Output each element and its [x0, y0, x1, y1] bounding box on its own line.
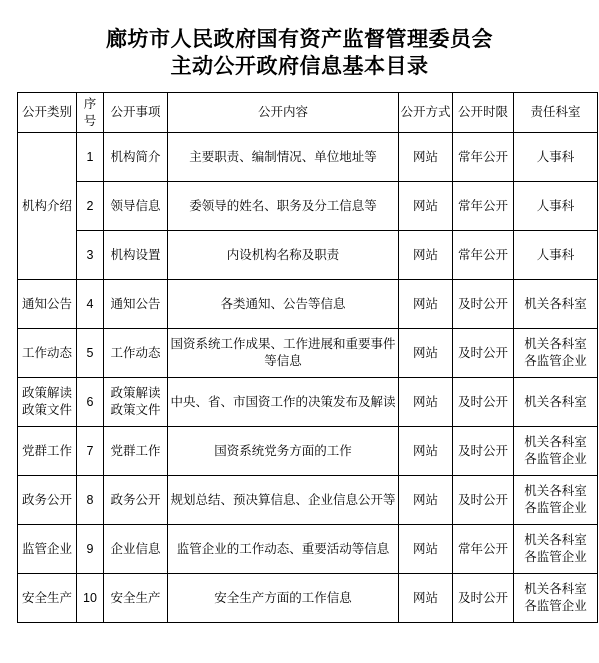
cell-method: 网站: [399, 280, 453, 329]
cell-serial: 2: [77, 182, 104, 231]
cell-department: 机关各科室: [514, 280, 598, 329]
cell-content: 国资系统党务方面的工作: [168, 427, 399, 476]
table-row: 监管企业9企业信息监管企业的工作动态、重要活动等信息网站常年公开机关各科室 各监…: [18, 525, 598, 574]
col-header-method: 公开方式: [399, 93, 453, 133]
document-page: 廊坊市人民政府国有资产监督管理委员会 主动公开政府信息基本目录 公开类别 序号 …: [0, 0, 599, 663]
cell-item: 通知公告: [104, 280, 168, 329]
cell-deadline: 及时公开: [453, 574, 514, 623]
header-row: 公开类别 序号 公开事项 公开内容 公开方式 公开时限 责任科室: [18, 93, 598, 133]
cell-category: 政策解读 政策文件: [18, 378, 77, 427]
col-header-category: 公开类别: [18, 93, 77, 133]
page-title: 廊坊市人民政府国有资产监督管理委员会 主动公开政府信息基本目录: [0, 26, 599, 80]
cell-item: 机构简介: [104, 133, 168, 182]
cell-department: 机关各科室: [514, 378, 598, 427]
cell-category: 通知公告: [18, 280, 77, 329]
cell-item: 企业信息: [104, 525, 168, 574]
cell-content: 中央、省、市国资工作的决策发布及解读: [168, 378, 399, 427]
col-header-department: 责任科室: [514, 93, 598, 133]
cell-deadline: 常年公开: [453, 231, 514, 280]
cell-serial: 4: [77, 280, 104, 329]
cell-item: 政策解读 政策文件: [104, 378, 168, 427]
cell-serial: 1: [77, 133, 104, 182]
cell-method: 网站: [399, 476, 453, 525]
table-body: 机构介绍1机构简介主要职责、编制情况、单位地址等网站常年公开人事科2领导信息委领…: [18, 133, 598, 623]
cell-deadline: 常年公开: [453, 182, 514, 231]
cell-method: 网站: [399, 574, 453, 623]
cell-serial: 3: [77, 231, 104, 280]
cell-serial: 9: [77, 525, 104, 574]
cell-content: 国资系统工作成果、工作进展和重要事件 等信息: [168, 329, 399, 378]
cell-department: 人事科: [514, 133, 598, 182]
col-header-item: 公开事项: [104, 93, 168, 133]
cell-content: 内设机构名称及职责: [168, 231, 399, 280]
cell-item: 机构设置: [104, 231, 168, 280]
cell-item: 工作动态: [104, 329, 168, 378]
table-row: 安全生产10安全生产安全生产方面的工作信息网站及时公开机关各科室 各监管企业: [18, 574, 598, 623]
table-header: 公开类别 序号 公开事项 公开内容 公开方式 公开时限 责任科室: [18, 93, 598, 133]
cell-method: 网站: [399, 525, 453, 574]
cell-category: 安全生产: [18, 574, 77, 623]
table-row: 工作动态5工作动态国资系统工作成果、工作进展和重要事件 等信息网站及时公开机关各…: [18, 329, 598, 378]
cell-item: 党群工作: [104, 427, 168, 476]
cell-serial: 8: [77, 476, 104, 525]
col-header-serial: 序号: [77, 93, 104, 133]
cell-deadline: 及时公开: [453, 427, 514, 476]
cell-serial: 5: [77, 329, 104, 378]
cell-department: 机关各科室 各监管企业: [514, 427, 598, 476]
cell-department: 机关各科室 各监管企业: [514, 525, 598, 574]
table-row: 通知公告4通知公告各类通知、公告等信息网站及时公开机关各科室: [18, 280, 598, 329]
cell-serial: 7: [77, 427, 104, 476]
cell-deadline: 及时公开: [453, 280, 514, 329]
table-row: 3机构设置内设机构名称及职责网站常年公开人事科: [18, 231, 598, 280]
col-header-deadline: 公开时限: [453, 93, 514, 133]
info-catalog-table: 公开类别 序号 公开事项 公开内容 公开方式 公开时限 责任科室 机构介绍1机构…: [17, 92, 598, 623]
cell-item: 政务公开: [104, 476, 168, 525]
cell-content: 委领导的姓名、职务及分工信息等: [168, 182, 399, 231]
cell-category: 政务公开: [18, 476, 77, 525]
cell-department: 机关各科室 各监管企业: [514, 574, 598, 623]
cell-content: 主要职责、编制情况、单位地址等: [168, 133, 399, 182]
cell-department: 人事科: [514, 182, 598, 231]
table-row: 2领导信息委领导的姓名、职务及分工信息等网站常年公开人事科: [18, 182, 598, 231]
cell-deadline: 及时公开: [453, 476, 514, 525]
cell-item: 安全生产: [104, 574, 168, 623]
cell-serial: 10: [77, 574, 104, 623]
table-row: 机构介绍1机构简介主要职责、编制情况、单位地址等网站常年公开人事科: [18, 133, 598, 182]
cell-category: 机构介绍: [18, 133, 77, 280]
cell-department: 机关各科室 各监管企业: [514, 329, 598, 378]
table-row: 政策解读 政策文件6政策解读 政策文件中央、省、市国资工作的决策发布及解读网站及…: [18, 378, 598, 427]
cell-method: 网站: [399, 182, 453, 231]
cell-method: 网站: [399, 329, 453, 378]
table-row: 党群工作7党群工作国资系统党务方面的工作网站及时公开机关各科室 各监管企业: [18, 427, 598, 476]
cell-deadline: 及时公开: [453, 329, 514, 378]
cell-department: 机关各科室 各监管企业: [514, 476, 598, 525]
cell-method: 网站: [399, 133, 453, 182]
title-line-1: 廊坊市人民政府国有资产监督管理委员会: [0, 26, 599, 53]
cell-content: 各类通知、公告等信息: [168, 280, 399, 329]
cell-department: 人事科: [514, 231, 598, 280]
cell-serial: 6: [77, 378, 104, 427]
cell-deadline: 常年公开: [453, 525, 514, 574]
cell-deadline: 常年公开: [453, 133, 514, 182]
table-row: 政务公开8政务公开规划总结、预决算信息、企业信息公开等网站及时公开机关各科室 各…: [18, 476, 598, 525]
cell-item: 领导信息: [104, 182, 168, 231]
cell-method: 网站: [399, 378, 453, 427]
cell-category: 监管企业: [18, 525, 77, 574]
cell-deadline: 及时公开: [453, 378, 514, 427]
cell-content: 安全生产方面的工作信息: [168, 574, 399, 623]
cell-method: 网站: [399, 231, 453, 280]
cell-category: 工作动态: [18, 329, 77, 378]
cell-method: 网站: [399, 427, 453, 476]
title-line-2: 主动公开政府信息基本目录: [0, 53, 599, 80]
cell-category: 党群工作: [18, 427, 77, 476]
cell-content: 规划总结、预决算信息、企业信息公开等: [168, 476, 399, 525]
col-header-content: 公开内容: [168, 93, 399, 133]
cell-content: 监管企业的工作动态、重要活动等信息: [168, 525, 399, 574]
